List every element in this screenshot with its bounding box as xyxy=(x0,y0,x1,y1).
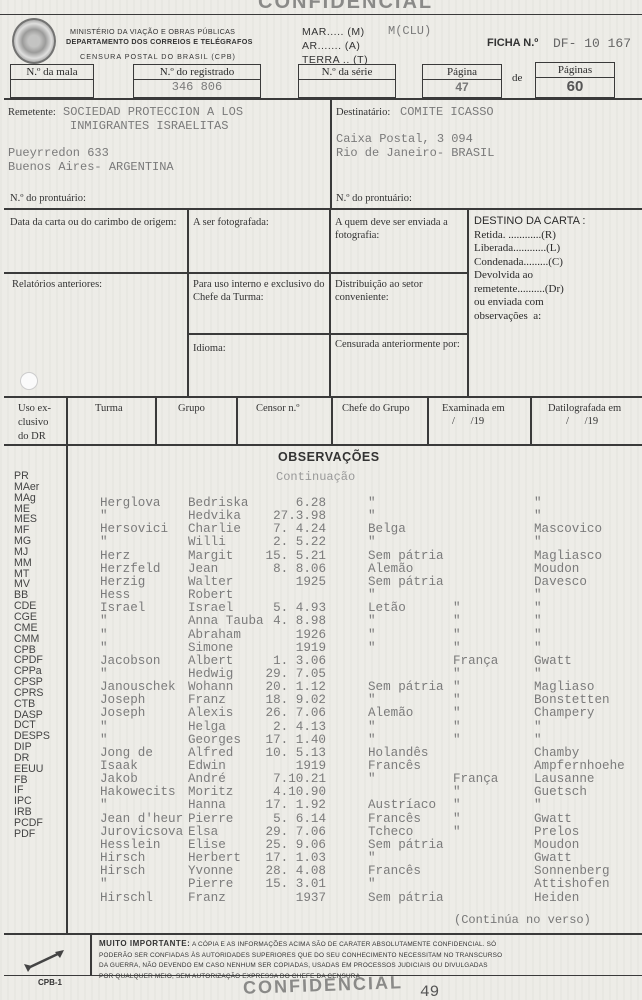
cell-date: 1. 3.06 xyxy=(262,654,326,668)
cell-nationality: Sem pátria xyxy=(368,680,444,694)
cell-first: Moritz xyxy=(188,785,233,799)
cell-nationality: " xyxy=(368,628,376,642)
cell-nationality: Sem pátria xyxy=(368,838,444,852)
cell-destination: " xyxy=(453,614,461,628)
cell-place: " xyxy=(534,798,542,812)
cell-date: 18. 9.02 xyxy=(262,693,326,707)
notice-line: PODERÃO SER CONFIADAS ÀS AUTORIDADES SUP… xyxy=(99,952,502,959)
mode-value: M(CLU) xyxy=(388,24,431,38)
cell-place: Magliaso xyxy=(534,680,594,694)
cell-first: Simone xyxy=(188,641,233,655)
cell-first: Elise xyxy=(188,838,226,852)
cell-date: 1926 xyxy=(262,628,326,642)
recipient-line: Rio de Janeiro- BRASIL xyxy=(336,146,494,160)
cell-first: Hedwig xyxy=(188,667,233,681)
cell-place: Gwatt xyxy=(534,812,572,826)
cell-nationality: " xyxy=(368,720,376,734)
cell-nationality: " xyxy=(368,614,376,628)
agency-code-list: PRMAerMAgMEMESMFMGMJMMMTMVBBCDECGECMECMM… xyxy=(14,471,50,840)
fotografada-label: A ser fotografada: xyxy=(193,216,269,229)
agency-code: CTB xyxy=(14,699,50,710)
cell-date: 29. 7.06 xyxy=(262,825,326,839)
cell-date: 10. 5.13 xyxy=(262,746,326,760)
censorship-form: CONFIDENCIAL MINISTÉRIO DA VIAÇÃO E OBRA… xyxy=(0,0,642,1000)
agency-code: CMM xyxy=(14,634,50,645)
datilografada-label: Datilografada em xyxy=(548,402,621,415)
coat-of-arms-icon xyxy=(12,18,56,64)
cell-date: 7. 4.24 xyxy=(262,522,326,536)
cell-first: Anna Tauba xyxy=(188,614,264,628)
cell-date: 28. 4.08 xyxy=(262,864,326,878)
field-registrado-value: 346 806 xyxy=(134,80,260,94)
cell-last: Jurovicsova xyxy=(100,825,183,839)
destino-option-remetente: remetente..........(Dr) xyxy=(474,283,585,297)
data-carta-label: Data da carta ou do carimbo de origem: xyxy=(10,216,185,229)
cell-destination: França xyxy=(453,654,498,668)
cell-place: Bonstetten xyxy=(534,693,610,707)
cell-date: 8. 8.06 xyxy=(262,562,326,576)
recipient-line: COMITE ICASSO xyxy=(400,105,494,119)
cell-first: Georges xyxy=(188,733,241,747)
divider xyxy=(4,444,642,446)
cell-first: Pierre xyxy=(188,812,233,826)
observacoes-title: OBSERVAÇÕES xyxy=(278,450,380,464)
cell-first: Charlie xyxy=(188,522,241,536)
cell-date: 5. 6.14 xyxy=(262,812,326,826)
recipient-prontuario-label: N.º do prontuário: xyxy=(336,192,412,205)
cell-place: Davesco xyxy=(534,575,587,589)
cell-date: 17. 1.40 xyxy=(262,733,326,747)
cell-destination: " xyxy=(453,733,461,747)
cell-last: Jean d'heur xyxy=(100,812,183,826)
cell-last: " xyxy=(100,509,108,523)
examinada-label: Examinada em xyxy=(442,402,505,415)
destino-title: DESTINO DA CARTA : xyxy=(474,215,585,229)
cell-date: 17. 1.03 xyxy=(262,851,326,865)
relatorios-label: Relatórios anteriores: xyxy=(12,278,102,291)
recipient-address: COMITE ICASSO Caixa Postal, 3 094 Rio de… xyxy=(400,105,494,160)
cell-nationality: Alemão xyxy=(368,706,413,720)
quem-fotografia-label: A quem deve ser enviada a fotografia: xyxy=(335,216,465,242)
cell-nationality: Sem pátria xyxy=(368,549,444,563)
cell-destination: " xyxy=(453,706,461,720)
cell-place: " xyxy=(534,628,542,642)
cell-date: 4. 8.98 xyxy=(262,614,326,628)
idioma-label: Idioma: xyxy=(193,342,226,355)
recipient-line: Caixa Postal, 3 094 xyxy=(336,132,494,146)
destino-option-condenada: Condenada.........(C) xyxy=(474,256,585,270)
field-paginas[interactable]: Páginas 60 xyxy=(535,62,615,98)
uso-interno-label: Para uso interno e exclusivo do Chefe da… xyxy=(193,278,328,304)
notice-line: DA GUERRA, NÃO DEVENDO EM CASO NENHUM SE… xyxy=(99,962,488,969)
divider xyxy=(530,398,532,444)
cell-first: Margit xyxy=(188,549,233,563)
cell-date: 1937 xyxy=(262,891,326,905)
cell-place: Sonnenberg xyxy=(534,864,610,878)
uso-dr-line: Uso ex- xyxy=(18,402,51,416)
cell-destination: " xyxy=(453,785,461,799)
divider xyxy=(467,210,469,396)
cell-last: " xyxy=(100,733,108,747)
divider xyxy=(66,398,68,444)
cell-first: Franz xyxy=(188,693,226,707)
cell-place: Ampfernhoehe xyxy=(534,759,625,773)
cell-last: Hirsch xyxy=(100,864,145,878)
cell-nationality: Tcheco xyxy=(368,825,413,839)
de-label: de xyxy=(512,72,522,84)
cell-first: Alfred xyxy=(188,746,233,760)
uso-dr-line: do DR xyxy=(18,430,51,444)
cell-last: Jong de xyxy=(100,746,153,760)
cell-date: 15. 3.01 xyxy=(262,877,326,891)
agency-code: MAg xyxy=(14,493,50,504)
cell-nationality: " xyxy=(368,851,376,865)
confidential-stamp-bottom: CONFIDENCIAL xyxy=(243,972,404,999)
cell-first: Bedriska xyxy=(188,496,248,510)
important-label: MUITO IMPORTANTE: xyxy=(99,939,190,948)
cell-destination: " xyxy=(453,667,461,681)
cell-destination: " xyxy=(453,798,461,812)
cell-first: Helga xyxy=(188,720,226,734)
cell-place: " xyxy=(534,588,542,602)
destino-option-enviada: ou enviada com xyxy=(474,296,585,310)
divider xyxy=(0,14,642,15)
cell-first: Elsa xyxy=(188,825,218,839)
cell-last: Hirsch xyxy=(100,851,145,865)
cell-place: Attishofen xyxy=(534,877,610,891)
cell-place: " xyxy=(534,535,542,549)
cell-place: Gwatt xyxy=(534,654,572,668)
department-name: DEPARTAMENTO DOS CORREIOS E TELÉGRAFOS xyxy=(66,37,253,46)
cell-last: " xyxy=(100,720,108,734)
cell-place: " xyxy=(534,733,542,747)
cell-destination: " xyxy=(453,680,461,694)
divider xyxy=(236,398,238,444)
cell-first: Yvonne xyxy=(188,864,233,878)
cell-last: " xyxy=(100,798,108,812)
cell-nationality: Holandês xyxy=(368,746,428,760)
divider xyxy=(4,272,467,274)
cell-nationality: Alemão xyxy=(368,562,413,576)
divider xyxy=(427,398,429,444)
sender-prontuario-label: N.º do prontuário: xyxy=(10,192,86,205)
ficha-label: FICHA N.º xyxy=(487,37,538,49)
cell-last: Herzfeld xyxy=(100,562,160,576)
cell-nationality: " xyxy=(368,535,376,549)
cell-first: Alexis xyxy=(188,706,233,720)
ministry-name: MINISTÉRIO DA VIAÇÃO E OBRAS PÚBLICAS xyxy=(70,27,235,36)
cell-first: Willi xyxy=(188,535,226,549)
cell-last: Jakob xyxy=(100,772,138,786)
cell-last: Jacobson xyxy=(100,654,160,668)
cell-place: " xyxy=(534,509,542,523)
distribuicao-label: Distribuição ao setor conveniente: xyxy=(335,278,465,304)
divider xyxy=(331,398,333,444)
divider xyxy=(4,208,642,210)
cell-destination: França xyxy=(453,772,498,786)
cell-date: 1925 xyxy=(262,575,326,589)
uso-dr-line: clusivo xyxy=(18,416,51,430)
cell-place: " xyxy=(534,496,542,510)
punch-hole-icon xyxy=(20,372,38,390)
datilografada-date: / /19 xyxy=(566,415,598,428)
divider xyxy=(188,333,467,335)
cell-place: Mascovico xyxy=(534,522,602,536)
divider xyxy=(4,98,642,100)
cell-date: 1919 xyxy=(262,641,326,655)
cell-destination: " xyxy=(453,693,461,707)
divider xyxy=(4,933,642,935)
cell-first: Herbert xyxy=(188,851,241,865)
cell-first: Hanna xyxy=(188,798,226,812)
cell-destination: " xyxy=(453,628,461,642)
cell-place: Moudon xyxy=(534,562,579,576)
cell-date: 29. 7.05 xyxy=(262,667,326,681)
sender-line: Pueyrredon 633 xyxy=(8,146,243,160)
cell-last: Hakowecits xyxy=(100,785,176,799)
cell-last: Israel xyxy=(100,601,145,615)
cell-first: Israel xyxy=(188,601,233,615)
cell-destination: " xyxy=(453,601,461,615)
divider xyxy=(66,446,68,933)
cell-destination: " xyxy=(453,825,461,839)
cell-nationality: Austríaco xyxy=(368,798,436,812)
divider xyxy=(330,100,332,208)
destino-section: DESTINO DA CARTA : Retida. ............(… xyxy=(474,215,585,323)
cell-nationality: " xyxy=(368,772,376,786)
cell-nationality: " xyxy=(368,877,376,891)
destino-option-retida: Retida. ............(R) xyxy=(474,229,585,243)
cell-place: Prelos xyxy=(534,825,579,839)
censurada-label: Censurada anteriormente por: xyxy=(335,338,465,351)
cell-nationality: Sem pátria xyxy=(368,891,444,905)
cell-place: " xyxy=(534,720,542,734)
cell-first: Franz xyxy=(188,891,226,905)
mode-ar: AR....... (A) xyxy=(302,40,360,52)
cell-nationality: " xyxy=(368,733,376,747)
field-paginas-value: 60 xyxy=(536,78,614,95)
sender-line: SOCIEDAD PROTECCION A LOS xyxy=(63,105,243,119)
agency-code: MM xyxy=(14,558,50,569)
cell-place: Heiden xyxy=(534,891,579,905)
turma-label: Turma xyxy=(95,402,123,415)
cell-last: Hesslein xyxy=(100,838,160,852)
confidential-stamp-top: CONFIDENCIAL xyxy=(258,0,433,14)
destino-option-liberada: Liberada............(L) xyxy=(474,242,585,256)
cell-place: Gwatt xyxy=(534,851,572,865)
cell-date: 25. 9.06 xyxy=(262,838,326,852)
cell-first: Walter xyxy=(188,575,233,589)
cell-date: 17. 1.92 xyxy=(262,798,326,812)
cell-last: Hess xyxy=(100,588,130,602)
recipient-label: Destinatário: xyxy=(336,106,390,119)
censor-label: Censor n.º xyxy=(256,402,300,415)
divider xyxy=(4,396,642,398)
cell-last: Isaak xyxy=(100,759,138,773)
cell-last: " xyxy=(100,535,108,549)
cell-date: 4.10.90 xyxy=(262,785,326,799)
notice-line: A CÓPIA E AS INFORMAÇÕES ACIMA SÃO DE CA… xyxy=(192,941,496,948)
cell-last: Hirschl xyxy=(100,891,153,905)
cell-nationality: " xyxy=(368,509,376,523)
cell-nationality: Letão xyxy=(368,601,406,615)
mode-mar: MAR..... (M) xyxy=(302,26,365,38)
divider xyxy=(155,398,157,444)
cell-place: Chamby xyxy=(534,746,579,760)
cell-last: Herz xyxy=(100,549,130,563)
field-registrado[interactable]: N.º do registrado 346 806 xyxy=(133,64,261,98)
cell-date: 1919 xyxy=(262,759,326,773)
cell-place: Lausanne xyxy=(534,772,594,786)
cell-date: 20. 1.12 xyxy=(262,680,326,694)
grupo-label: Grupo xyxy=(178,402,205,415)
sender-label: Remetente: xyxy=(8,106,56,119)
continuation-label: Continuação xyxy=(276,470,355,484)
destino-option-observacoes: observações a: xyxy=(474,310,585,324)
continued-note: (Continúa no verso) xyxy=(454,913,591,927)
cell-date: 5. 4.93 xyxy=(262,601,326,615)
cell-date: 6.28 xyxy=(262,496,326,510)
cell-first: Hedvika xyxy=(188,509,241,523)
sender-line: Buenos Aires- ARGENTINA xyxy=(8,160,243,174)
cell-last: " xyxy=(100,641,108,655)
sender-line: INMIGRANTES ISRAELITAS xyxy=(70,119,243,133)
cell-last: " xyxy=(100,614,108,628)
arrow-emblem-icon xyxy=(22,948,68,972)
cell-first: André xyxy=(188,772,226,786)
cell-first: Abraham xyxy=(188,628,241,642)
cell-last: " xyxy=(100,877,108,891)
cell-nationality: Francês xyxy=(368,759,421,773)
cell-nationality: " xyxy=(368,496,376,510)
cell-first: Albert xyxy=(188,654,233,668)
sender-address: SOCIEDAD PROTECCION A LOS INMIGRANTES IS… xyxy=(60,105,243,174)
cell-date: 2. 4.13 xyxy=(262,720,326,734)
cell-last: " xyxy=(100,667,108,681)
divider xyxy=(90,935,92,975)
field-paginas-label: Páginas xyxy=(536,63,614,78)
field-registrado-label: N.º do registrado xyxy=(134,65,260,80)
cell-last: Joseph xyxy=(100,706,145,720)
cell-first: Robert xyxy=(188,588,233,602)
cell-place: " xyxy=(534,667,542,681)
field-serie-label: N.º da série xyxy=(299,65,395,80)
cell-date: 15. 5.21 xyxy=(262,549,326,563)
cell-date: 26. 7.06 xyxy=(262,706,326,720)
field-pagina-label: Página xyxy=(423,65,501,80)
agency-code: EEUU xyxy=(14,764,50,775)
cell-date: 7.10.21 xyxy=(262,772,326,786)
cell-place: Guetsch xyxy=(534,785,587,799)
field-pagina[interactable]: Página 47 xyxy=(422,64,502,98)
cell-place: " xyxy=(534,614,542,628)
cell-nationality: " xyxy=(368,693,376,707)
field-serie[interactable]: N.º da série xyxy=(298,64,396,98)
cell-last: Herzig xyxy=(100,575,145,589)
cell-place: " xyxy=(534,641,542,655)
cell-last: Joseph xyxy=(100,693,145,707)
chefe-label: Chefe do Grupo xyxy=(342,402,410,415)
field-pagina-value: 47 xyxy=(423,80,501,94)
destino-option-devolvida: Devolvida ao xyxy=(474,269,585,283)
cell-destination: " xyxy=(453,720,461,734)
cell-place: " xyxy=(534,601,542,615)
cell-place: Champery xyxy=(534,706,594,720)
divider xyxy=(187,210,189,396)
uso-dr-label: Uso ex- clusivo do DR xyxy=(18,402,51,444)
page-number: 49 xyxy=(420,983,439,1000)
cell-first: Pierre xyxy=(188,877,233,891)
cell-place: Moudon xyxy=(534,838,579,852)
field-mala-label: N.º da mala xyxy=(11,65,93,80)
cell-nationality: " xyxy=(368,588,376,602)
service-name: CENSURA POSTAL DO BRASIL (CPB) xyxy=(80,52,236,61)
cell-last: Janouschek xyxy=(100,680,176,694)
cell-nationality: Francês xyxy=(368,864,421,878)
examinada-date: / /19 xyxy=(452,415,484,428)
cell-last: " xyxy=(100,628,108,642)
divider xyxy=(329,210,331,396)
ficha-value: DF- 10 167 xyxy=(553,36,631,51)
cell-date: 2. 5.22 xyxy=(262,535,326,549)
form-code: CPB-1 xyxy=(38,978,62,987)
cell-first: Edwin xyxy=(188,759,226,773)
cell-place: Magliasco xyxy=(534,549,602,563)
cell-first: Jean xyxy=(188,562,218,576)
cell-nationality: Belga xyxy=(368,522,406,536)
cell-nationality: Sem pátria xyxy=(368,575,444,589)
cell-first: Wohann xyxy=(188,680,233,694)
cell-last: Herglova xyxy=(100,496,160,510)
cell-nationality: " xyxy=(368,641,376,655)
agency-code: PDF xyxy=(14,829,50,840)
cell-destination: " xyxy=(453,812,461,826)
cell-destination: " xyxy=(453,641,461,655)
cell-date: 27.3.98 xyxy=(262,509,326,523)
field-mala[interactable]: N.º da mala xyxy=(10,64,94,98)
cell-nationality: Francês xyxy=(368,812,421,826)
cell-last: Hersovici xyxy=(100,522,168,536)
